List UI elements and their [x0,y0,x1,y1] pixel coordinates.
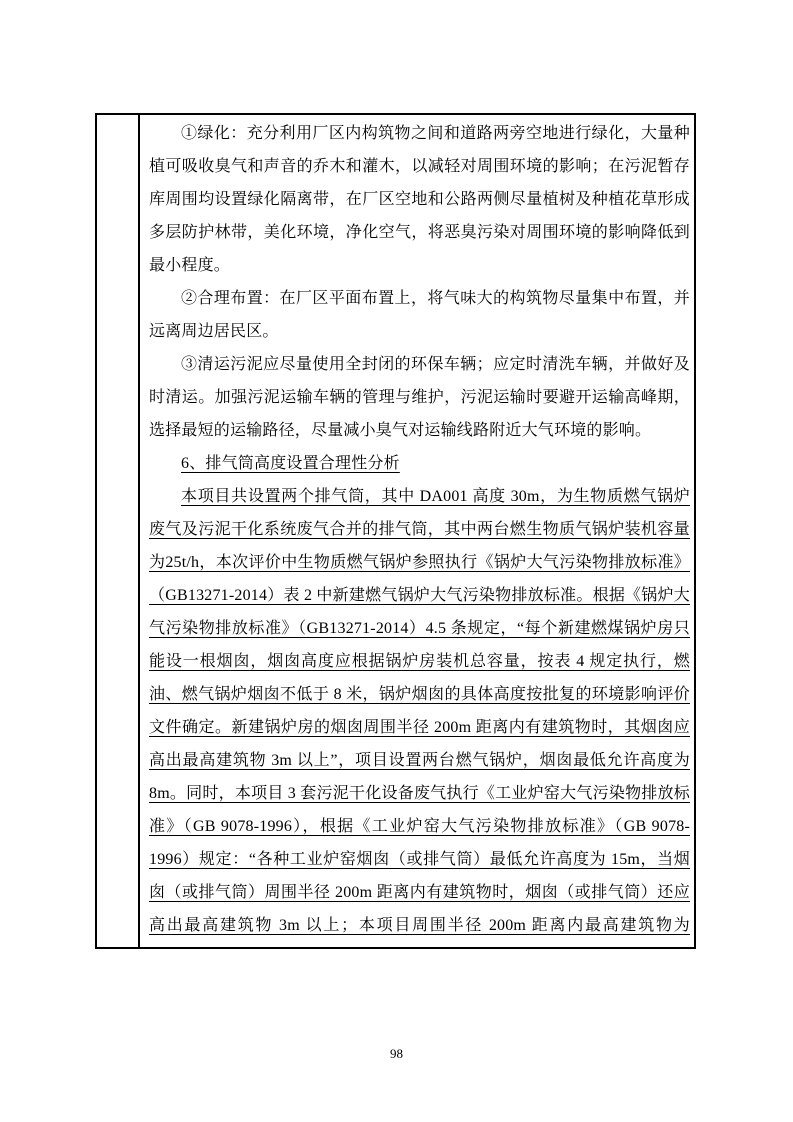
content-table: ①绿化：充分利用厂区内构筑物之间和道路两旁空地进行绿化，大量种植可吸收臭气和声音… [95,113,696,949]
paragraph-stack-height-analysis: 本项目共设置两个排气筒，其中 DA001 高度 30m，为生物质燃气锅炉废气及污… [149,480,690,947]
page-number: 98 [0,1046,793,1062]
table-label-cell [97,115,140,947]
paragraph-transport: ③清运污泥应尽量使用全封闭的环保车辆；应定时清洗车辆，并做好及时清运。加强污泥运… [149,348,690,447]
section-heading-stack-height: 6、排气筒高度设置合理性分析 [149,447,690,480]
document-page: ①绿化：充分利用厂区内构筑物之间和道路两旁空地进行绿化，大量种植可吸收臭气和声音… [0,0,793,1122]
paragraph-layout: ②合理布置：在厂区平面布置上，将气味大的构筑物尽量集中布置，并远离周边居民区。 [149,282,690,348]
table-content-cell: ①绿化：充分利用厂区内构筑物之间和道路两旁空地进行绿化，大量种植可吸收臭气和声音… [140,115,694,947]
paragraph-greening: ①绿化：充分利用厂区内构筑物之间和道路两旁空地进行绿化，大量种植可吸收臭气和声音… [149,117,690,282]
